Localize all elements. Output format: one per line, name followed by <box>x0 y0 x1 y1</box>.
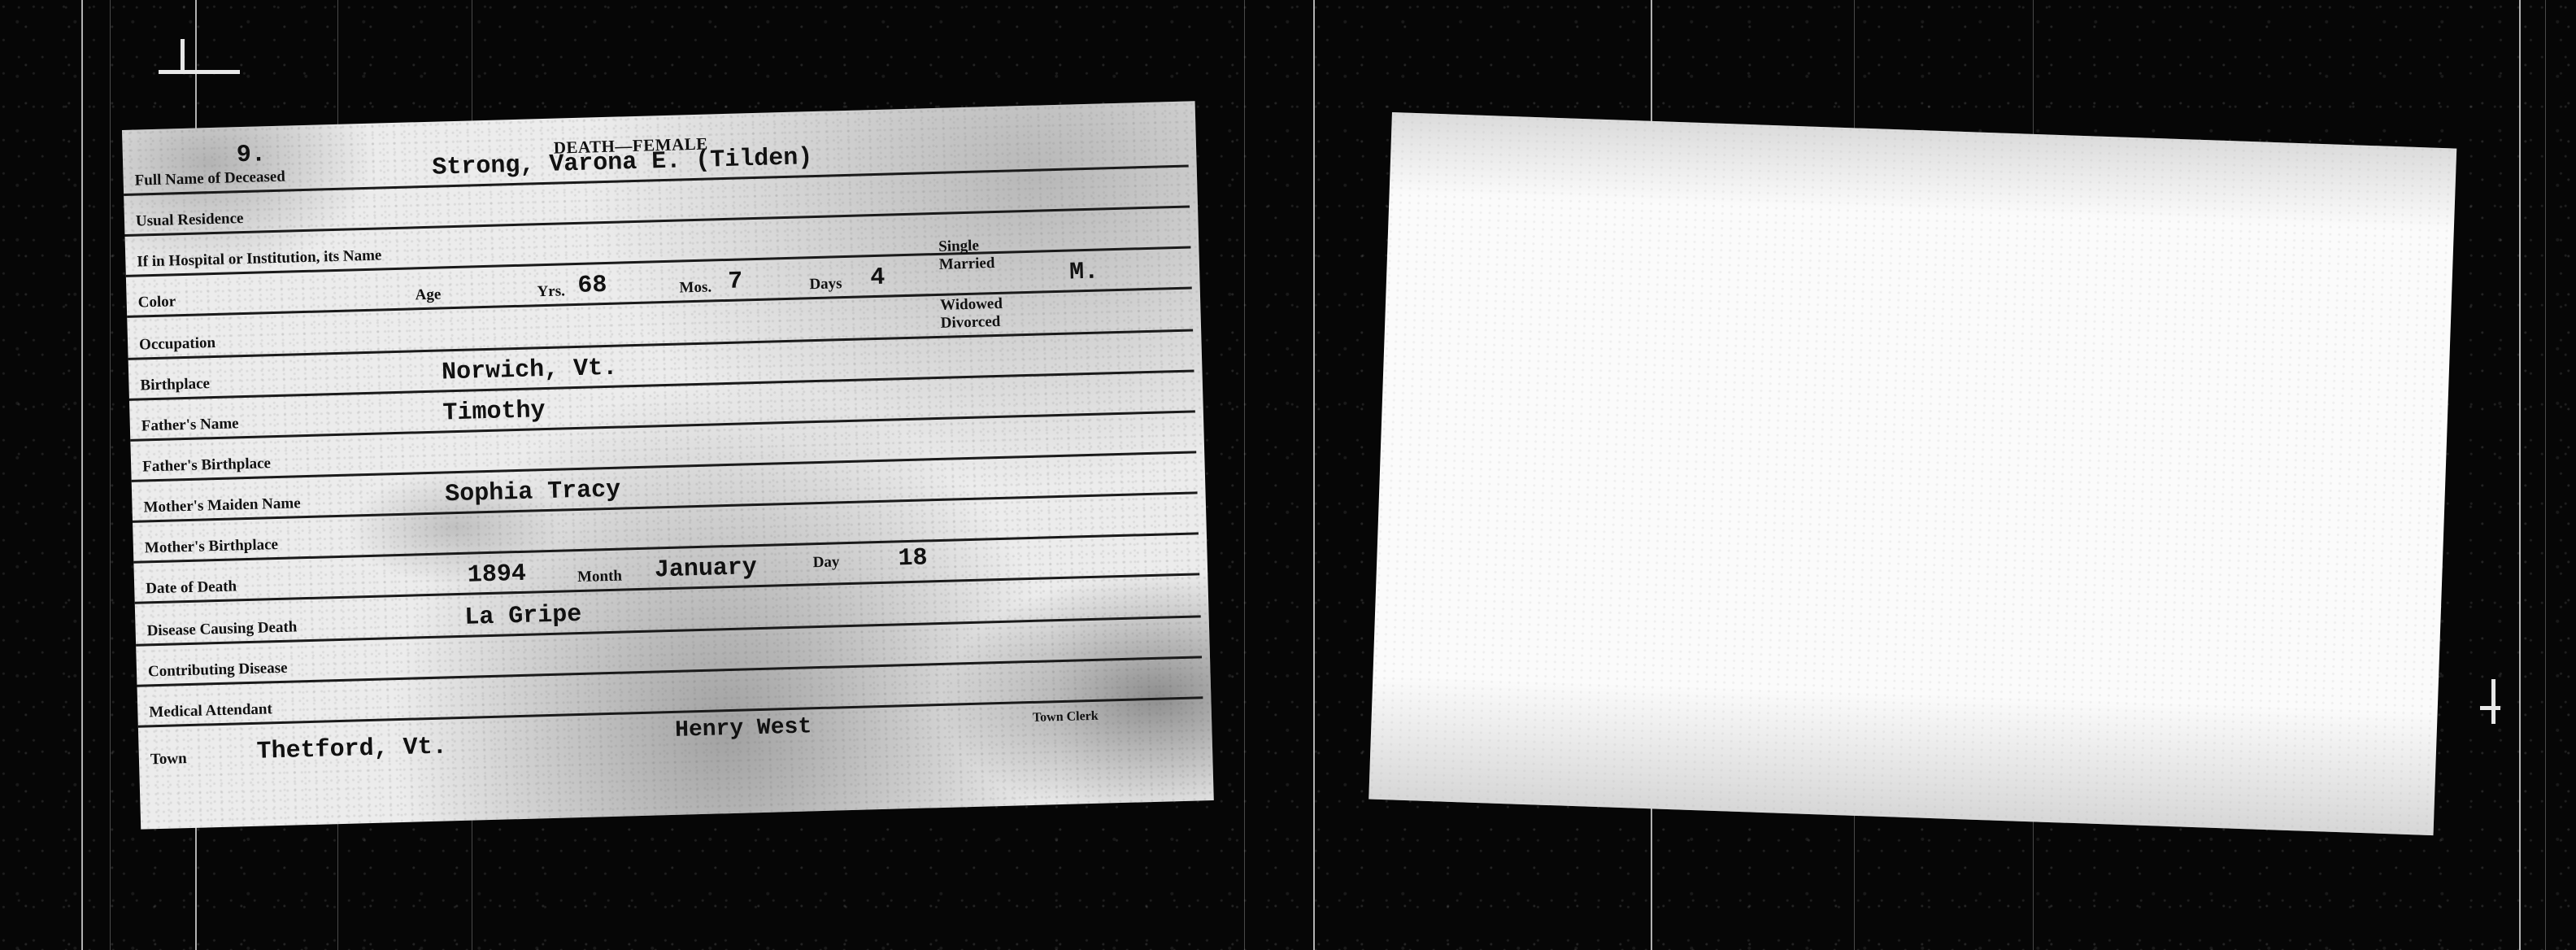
field-value-mothers-maiden-name: Sophia Tracy <box>445 477 621 509</box>
death-day-value: 18 <box>898 544 928 573</box>
months-label: Mos. <box>679 278 711 297</box>
month-label: Month <box>577 568 622 586</box>
marital-option-single: Single <box>938 237 994 256</box>
field-label: Town <box>150 750 187 769</box>
film-registration-mark <box>159 70 240 74</box>
film-scratch <box>2519 0 2521 950</box>
marital-option-married: Married <box>939 255 995 274</box>
clerk-signature: Henry West <box>675 714 812 743</box>
field-label: Father's Name <box>141 415 239 435</box>
field-label: Usual Residence <box>136 210 244 231</box>
marital-status-value: M. <box>1069 259 1099 287</box>
day-label: Day <box>812 553 839 572</box>
field-label: If in Hospital or Institution, its Name <box>137 246 382 271</box>
film-registration-mark <box>2480 706 2500 710</box>
field-label: Disease Causing Death <box>146 618 297 640</box>
days-label: Days <box>809 275 842 294</box>
film-registration-mark <box>181 39 185 72</box>
field-label: Mother's Maiden Name <box>143 495 301 516</box>
death-month-value: January <box>654 554 757 584</box>
years-label: Yrs. <box>537 282 565 301</box>
field-label: Medical Attendant <box>149 700 272 721</box>
death-year-value: 1894 <box>468 560 527 590</box>
film-registration-mark <box>2491 679 2495 724</box>
film-scratch <box>1313 0 1315 950</box>
death-record-card-front: 9. DEATH—FEMALE Full Name of Deceased St… <box>122 101 1214 829</box>
field-label: Father's Birthplace <box>142 455 271 476</box>
field-value-fathers-name: Timothy <box>442 397 546 427</box>
field-label: Full Name of Deceased <box>134 168 285 190</box>
film-scratch <box>1244 0 1245 950</box>
field-label: Birthplace <box>140 375 210 394</box>
age-years-value: 68 <box>577 272 607 300</box>
town-clerk-label: Town Clerk <box>1033 709 1099 726</box>
field-label: Contributing Disease <box>148 660 288 682</box>
film-scratch <box>2545 0 2546 950</box>
field-value-town: Thetford, Vt. <box>256 733 447 765</box>
field-label: Mother's Birthplace <box>145 536 279 557</box>
field-value-disease: La Gripe <box>464 601 582 632</box>
age-days-value: 4 <box>870 264 885 292</box>
film-scratch <box>110 0 111 950</box>
marital-options-top: Single Married <box>938 237 995 274</box>
age-months-value: 7 <box>728 268 743 295</box>
field-label: Color <box>137 293 176 312</box>
field-label: Date of Death <box>146 577 237 598</box>
death-record-card-back-blank <box>1368 112 2456 835</box>
film-scratch <box>81 0 83 950</box>
field-label: Occupation <box>139 334 216 355</box>
age-label: Age <box>415 285 441 304</box>
field-value-birthplace: Norwich, Vt. <box>442 355 618 387</box>
